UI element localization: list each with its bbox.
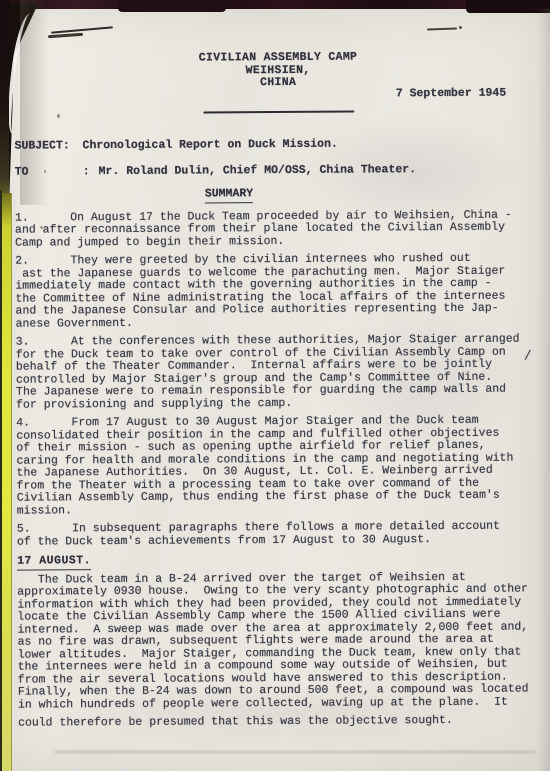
subject-label: SUBJECT: <box>14 140 82 153</box>
divider-rule <box>203 110 354 113</box>
summary-paragraph-2: 2. They were greeted by the civilian int… <box>15 252 543 330</box>
to-line: TO : Mr. Roland Dulin, Chief MO/OSS, Chi… <box>15 163 543 179</box>
section-heading-17-august: 17 AUGUST. <box>17 555 91 570</box>
to-label: TO <box>15 166 83 179</box>
closing-line: could therefore be presumed that this wa… <box>18 714 546 730</box>
paragraph-text: From 17 August to 30 August Major Staige… <box>16 414 513 517</box>
summary-paragraph-5: 5. In subsequent paragraphs there follow… <box>17 520 545 548</box>
summary-paragraph-4: 4. From 17 August to 30 August Major Sta… <box>16 414 545 517</box>
document-date: 7 September 1945 <box>396 88 506 101</box>
paragraph-text: At the conferences with these authoritie… <box>16 333 520 412</box>
document-content: CIVILIAN ASSEMBLY CAMP WEIHSIEN, CHINA 7… <box>14 0 547 771</box>
paragraph-number: 3. <box>16 336 30 349</box>
left-edge-line <box>0 190 2 771</box>
paragraph-number: 4. <box>16 417 30 430</box>
subject-line: SUBJECT: Chronological Report on Duck Mi… <box>14 137 542 153</box>
letterhead: CIVILIAN ASSEMBLY CAMP WEIHSIEN, CHINA <box>14 0 543 91</box>
summary-heading: SUMMARY <box>205 188 253 203</box>
section-body-paragraph: The Duck team in a B-24 arrived over the… <box>17 571 546 712</box>
subject-text: Chronological Report on Duck Mission. <box>82 139 337 153</box>
to-separator: : <box>83 166 90 179</box>
paragraph-number: 1. <box>15 211 29 224</box>
scanned-document-photo: CIVILIAN ASSEMBLY CAMP WEIHSIEN, CHINA 7… <box>0 0 550 771</box>
paragraph-number: 5. <box>17 523 31 536</box>
left-dark-edge <box>0 0 9 202</box>
summary-paragraph-1: 1. On August 17 the Duck Team proceeded … <box>15 209 543 250</box>
summary-paragraph-3: 3. At the conferences with these authori… <box>16 333 544 411</box>
paragraph-number: 2. <box>15 255 29 268</box>
paragraph-text: They were greeted by the civilian intern… <box>15 252 505 330</box>
paragraph-text: In subsequent paragraphs there follows a… <box>17 520 500 548</box>
to-text: Mr. Roland Dulin, Chief MO/OSS, China Th… <box>99 164 417 178</box>
pencil-slash-mark: / <box>524 350 532 363</box>
paragraph-text: On August 17 the Duck Team proceeded by … <box>15 208 512 249</box>
